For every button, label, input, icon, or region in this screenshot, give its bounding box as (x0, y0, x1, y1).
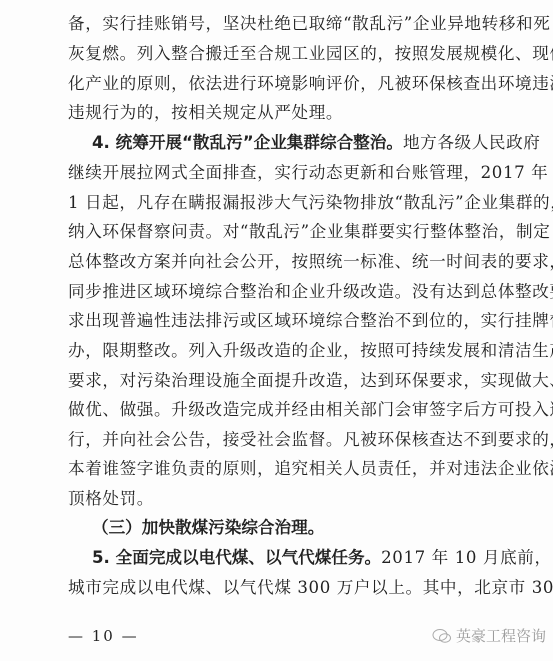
text-line: 1 日起，凡存在瞒报漏报涉大气污染物排放“散乱污”企业集群的， (68, 193, 486, 213)
page-number: — 10 — (68, 627, 139, 645)
text-line: 求出现普遍性违法排污或区域环境综合整治不到位的，实行挂牌督 (68, 311, 486, 331)
heading-bold: 4. 统筹开展“散乱污”企业集群综合整治。 (92, 133, 403, 152)
text-line: 做优、做强。升级改造完成并经由相关部门会审签字后方可投入运 (68, 400, 486, 420)
text-line: 办，限期整改。列入升级改造的企业，按照可持续发展和清洁生产 (68, 341, 486, 361)
text-line: 本着谁签字谁负责的原则，追究相关人员责任，并对违法企业依法 (68, 459, 486, 479)
text-line: 行，并向社会公告，接受社会监督。凡被环保核查达不到要求的， (68, 430, 486, 450)
text-line: 违规行为的，按相关规定从严处理。 (68, 103, 486, 123)
document-page: 备，实行挂账销号，坚决杜绝已取缔“散乱污”企业异地转移和死 灰复燃。列入整合搬迁… (0, 0, 553, 661)
text-line: 城市完成以电代煤、以气代煤 300 万户以上。其中，北京市 30 万户、 (68, 578, 486, 598)
text-line: 顶格处罚。 (68, 489, 486, 509)
watermark-text: 英豪工程咨询 (456, 625, 546, 646)
wechat-icon (432, 628, 452, 644)
text-line: 纳入环保督察问责。对“散乱污”企业集群要实行整体整治，制定 (68, 222, 486, 242)
watermark: 英豪工程咨询 (432, 625, 546, 646)
text-line: 总体整改方案并向社会公开，按照统一标准、统一时间表的要求， (68, 252, 486, 272)
section-heading-5: 5. 全面完成以电代煤、以气代煤任务。2017 年 10 月底前，“2+26” (92, 548, 486, 568)
text-line: 备，实行挂账销号，坚决杜绝已取缔“散乱污”企业异地转移和死 (68, 14, 486, 34)
section-heading-4: 4. 统筹开展“散乱污”企业集群综合整治。地方各级人民政府 (92, 133, 486, 153)
heading-bold: 5. 全面完成以电代煤、以气代煤任务。 (92, 548, 381, 567)
section-heading-3: （三）加快散煤污染综合治理。 (92, 518, 486, 538)
text-line: 灰复燃。列入整合搬迁至合规工业园区的，按照发展规模化、现代 (68, 44, 486, 64)
text-line: 要求，对污染治理设施全面提升改造，达到环保要求，实现做大、 (68, 371, 486, 391)
text-line: 同步推进区域环境综合整治和企业升级改造。没有达到总体整改要 (68, 282, 486, 302)
text-line: 化产业的原则，依法进行环境影响评价，凡被环保核查出环境违法 (68, 74, 486, 94)
text-line: 继续开展拉网式全面排查，实行动态更新和台账管理，2017 年 10 月 (68, 163, 486, 183)
